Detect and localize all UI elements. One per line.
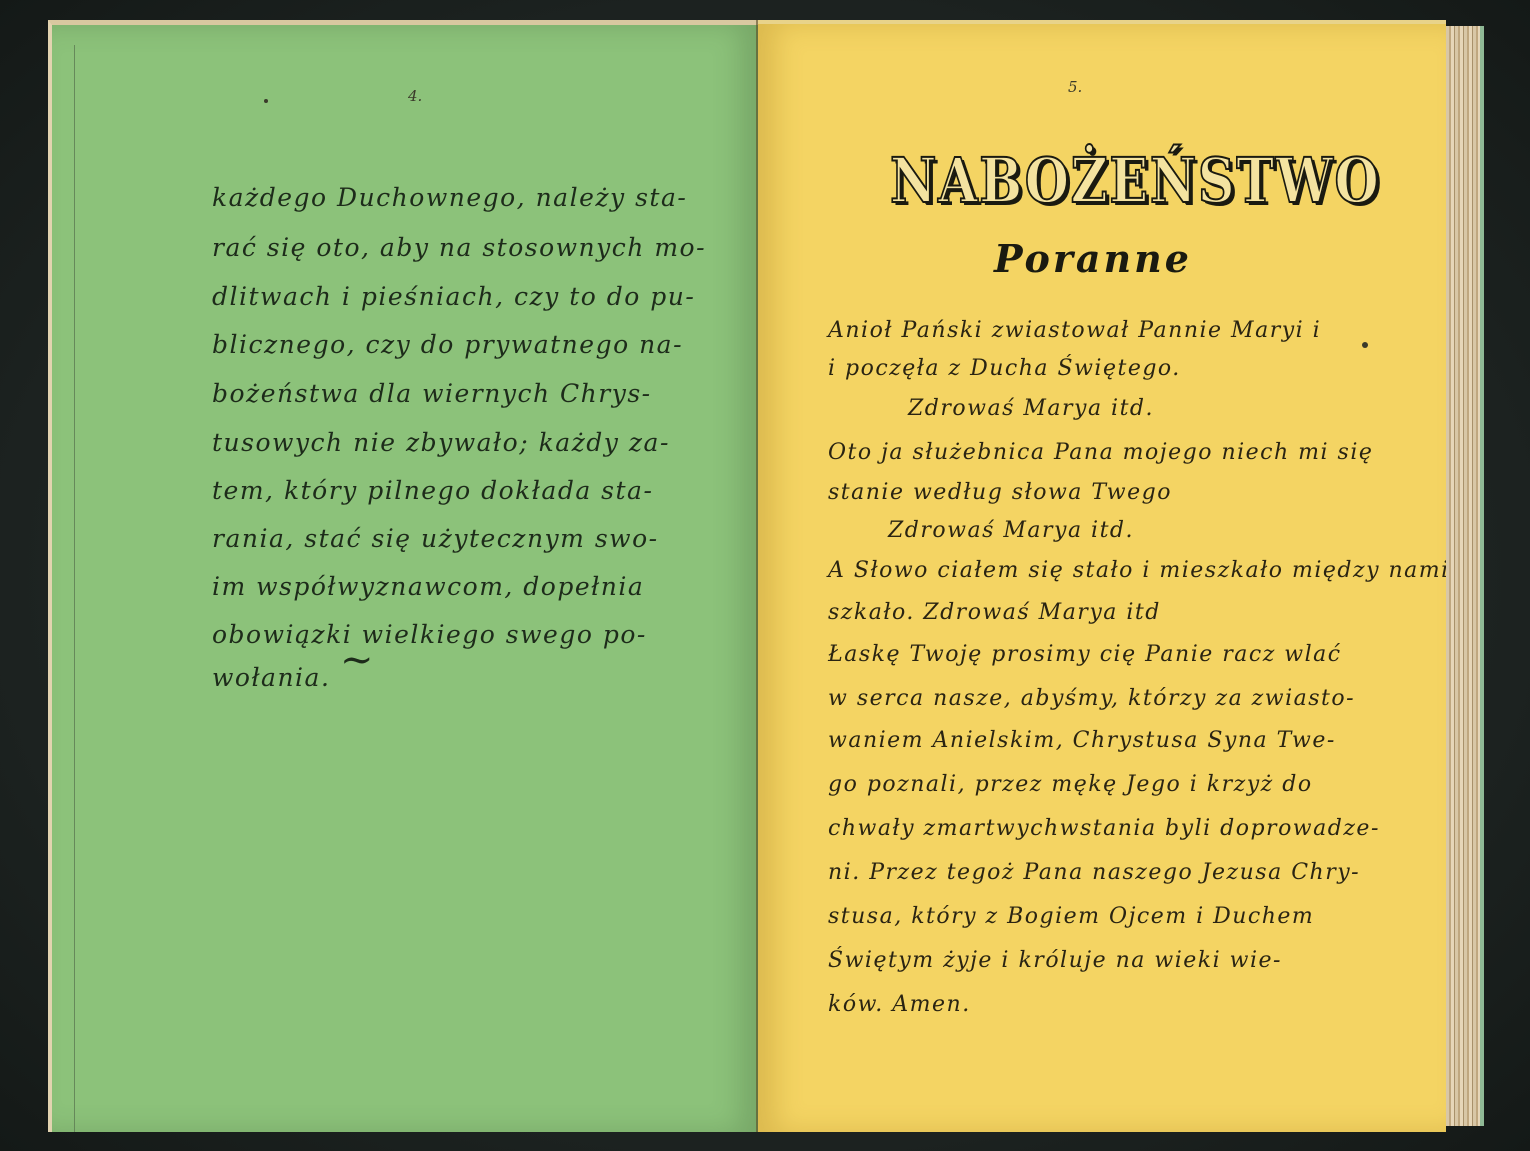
text-line: rania, stać się użytecznym swo- bbox=[212, 524, 659, 553]
text-line: blicznego, czy do prywatnego na- bbox=[212, 330, 683, 359]
text-line: dlitwach i pieśniach, czy to do pu- bbox=[212, 282, 695, 311]
page-subtitle: Poranne bbox=[994, 236, 1192, 281]
text-line: im współwyznawcom, dopełnia bbox=[212, 572, 644, 601]
text-line: rać się oto, aby na stosownych mo- bbox=[212, 233, 706, 262]
text-line: obowiązki wielkiego swego po- bbox=[212, 620, 647, 649]
end-flourish-icon: ~ bbox=[340, 637, 374, 683]
margin-line bbox=[74, 45, 75, 1132]
text-line: Łaskę Twoję prosimy cię Panie racz wlać bbox=[828, 642, 1342, 667]
text-line: Świętym żyje i króluje na wieki wie- bbox=[828, 948, 1282, 973]
text-line: w serca nasze, abyśmy, którzy za zwiasto… bbox=[828, 686, 1355, 711]
text-line: ków. Amen. bbox=[828, 992, 971, 1017]
text-line: wołania. bbox=[212, 663, 330, 692]
ink-speck bbox=[264, 99, 268, 103]
text-line: Zdrowaś Marya itd. bbox=[888, 518, 1134, 543]
text-line: chwały zmartwychwstania byli doprowadze- bbox=[828, 816, 1380, 841]
text-line: bożeństwa dla wiernych Chrys- bbox=[212, 379, 652, 408]
text-line: i poczęła z Ducha Świętego. bbox=[828, 356, 1181, 381]
text-line: A Słowo ciałem się stało i mieszkało mię… bbox=[828, 558, 1450, 583]
text-line: każdego Duchownego, należy sta- bbox=[212, 183, 687, 212]
page-title: NABOŻEŃSTWO bbox=[890, 144, 1380, 217]
page-number: 4. bbox=[408, 87, 422, 105]
left-page: 4. każdego Duchownego, należy sta- rać s… bbox=[48, 20, 758, 1132]
text-line: Oto ja służebnica Pana mojego niech mi s… bbox=[828, 440, 1373, 465]
text-line: stusa, który z Bogiem Ojcem i Duchem bbox=[828, 904, 1314, 929]
text-line: Anioł Pański zwiastował Pannie Maryi i bbox=[828, 318, 1321, 343]
text-line: tem, który pilnego dokłada sta- bbox=[212, 476, 653, 505]
page-number: 5. bbox=[1068, 78, 1082, 96]
text-line: tusowych nie zbywało; każdy za- bbox=[212, 428, 670, 457]
page-edges bbox=[1446, 26, 1484, 1126]
text-line: stanie według słowa Twego bbox=[828, 480, 1172, 505]
right-page: 5. NABOŻEŃSTWO Poranne Anioł Pański zwia… bbox=[758, 20, 1446, 1132]
text-line: go poznali, przez mękę Jego i krzyż do bbox=[828, 772, 1313, 797]
text-line: ni. Przez tegoż Pana naszego Jezusa Chry… bbox=[828, 860, 1360, 885]
ink-speck bbox=[1362, 342, 1368, 348]
text-line: Zdrowaś Marya itd. bbox=[908, 396, 1154, 421]
text-line: szkało. Zdrowaś Marya itd bbox=[828, 600, 1161, 625]
text-line: waniem Anielskim, Chrystusa Syna Twe- bbox=[828, 728, 1336, 753]
